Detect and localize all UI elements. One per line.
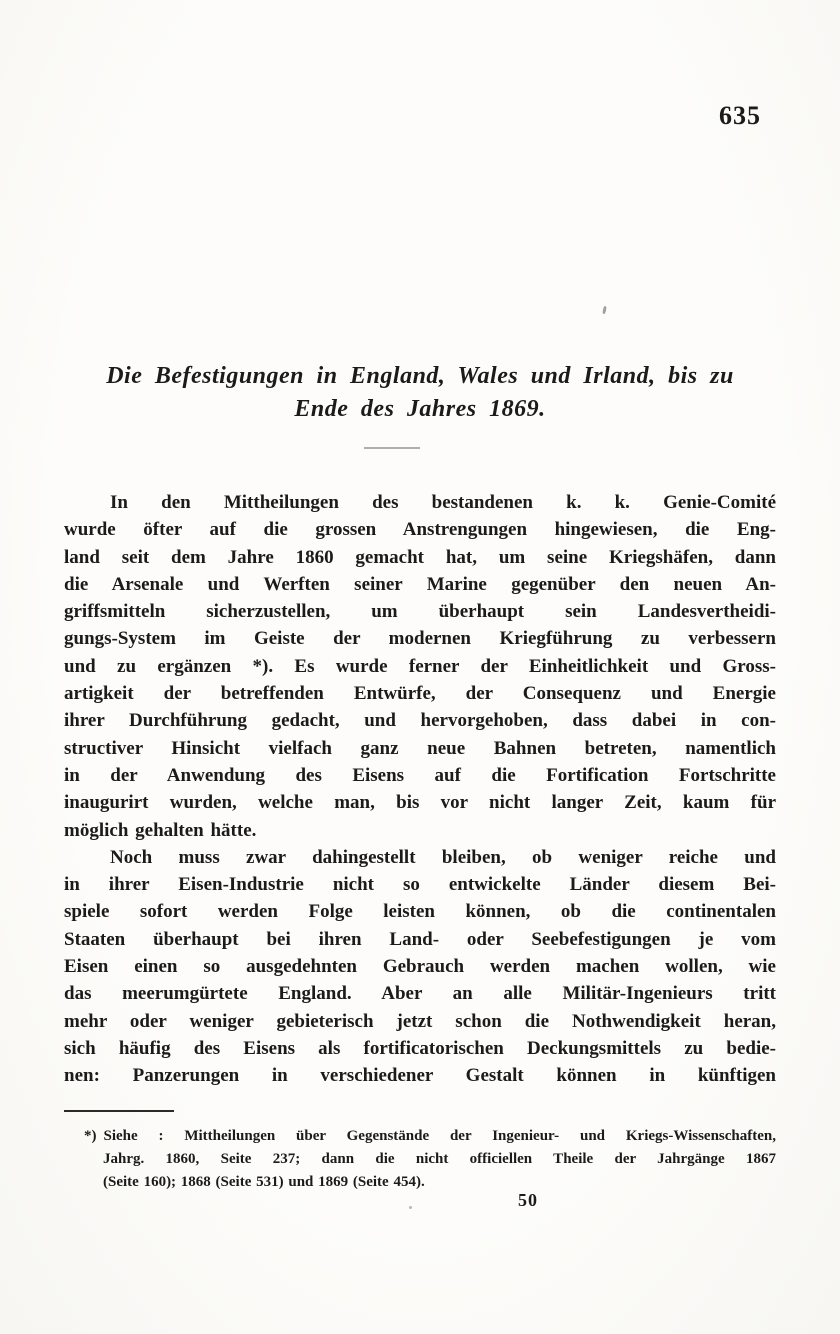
text-line: ihrer Durchführung gedacht, und hervorge… [64, 707, 776, 734]
article-title-line-2: Ende des Jahres 1869. [64, 393, 776, 426]
footnote: *)Siehe : Mittheilungen über Gegenstände… [84, 1125, 776, 1194]
text-line: das meerumgürtete England. Aber an alle … [64, 980, 776, 1007]
paragraph-2: Noch muss zwar dahingestellt bleiben, ob… [64, 844, 776, 1090]
text-line: möglich gehalten hätte. [64, 817, 776, 844]
text-line: inaugurirt wurden, welche man, bis vor n… [64, 789, 776, 816]
footnote-continuation: Jahrg. 1860, Seite 237; dann die nicht o… [84, 1148, 776, 1194]
body-text: In den Mittheilungen des bestandenen k. … [64, 489, 776, 1090]
footnote-line-1: *)Siehe : Mittheilungen über Gegenstände… [84, 1125, 776, 1148]
text-line: die Arsenale und Werften seiner Marine g… [64, 571, 776, 598]
text-line: In den Mittheilungen des bestandenen k. … [64, 489, 776, 516]
signature-mark: 50 [518, 1190, 538, 1211]
document-page: 635 Die Befestigungen in England, Wales … [0, 0, 840, 1334]
text-line: in ihrer Eisen-Industrie nicht so entwic… [64, 871, 776, 898]
text-line: Staaten überhaupt bei ihren Land- oder S… [64, 926, 776, 953]
text-line: Eisen einen so ausgedehnten Gebrauch wer… [64, 953, 776, 980]
text-line: (Seite 160); 1868 (Seite 531) und 1869 (… [84, 1171, 776, 1194]
text-line: spiele sofort werden Folge leisten könne… [64, 898, 776, 925]
footnote-marker: *) [84, 1128, 104, 1144]
text-line: und zu ergänzen *). Es wurde ferner der … [64, 653, 776, 680]
text-line: sich häufig des Eisens als fortificatori… [64, 1035, 776, 1062]
text-line: gungs-System im Geiste der modernen Krie… [64, 625, 776, 652]
text-line: Noch muss zwar dahingestellt bleiben, ob… [64, 844, 776, 871]
text-line: griffsmitteln sicherzustellen, um überha… [64, 598, 776, 625]
text-line: structiver Hinsicht vielfach ganz neue B… [64, 735, 776, 762]
footnote-line-1-text: Siehe : Mittheilungen über Gegenstände d… [104, 1128, 777, 1144]
text-line: land seit dem Jahre 1860 gemacht hat, um… [64, 544, 776, 571]
paragraph-1: In den Mittheilungen des bestandenen k. … [64, 489, 776, 844]
text-line: in der Anwendung des Eisens auf die Fort… [64, 762, 776, 789]
text-line: nen: Panzerungen in verschiedener Gestal… [64, 1062, 776, 1089]
text-line: mehr oder weniger gebieterisch jetzt sch… [64, 1008, 776, 1035]
page-number: 635 [719, 101, 761, 131]
text-line: wurde öfter auf die grossen Anstrengunge… [64, 516, 776, 543]
scan-artifact [409, 1206, 412, 1209]
article-title: Die Befestigungen in England, Wales und … [64, 360, 776, 426]
footnote-divider [64, 1110, 174, 1112]
scan-artifact [602, 306, 607, 314]
title-divider [364, 447, 420, 449]
text-line: artigkeit der betreffenden Entwürfe, der… [64, 680, 776, 707]
article-title-line-1: Die Befestigungen in England, Wales und … [64, 360, 776, 393]
text-line: Jahrg. 1860, Seite 237; dann die nicht o… [84, 1148, 776, 1171]
